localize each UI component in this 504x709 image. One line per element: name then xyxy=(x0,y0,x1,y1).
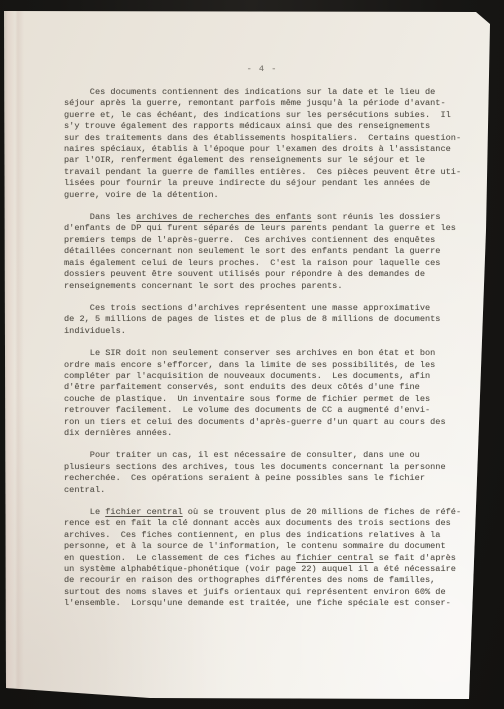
text-line: recherchée. Ces opérations seraient à pe… xyxy=(64,473,464,484)
underlined-phrase: fichier central xyxy=(105,507,182,517)
scanned-page: - 4 - Ces documents contiennent des indi… xyxy=(0,0,504,709)
text-line: naires spéciaux, établis à l'époque pour… xyxy=(64,144,464,155)
text-line: Le fichier central où se trouvent plus d… xyxy=(64,507,464,518)
scanned-book-photo: - 4 - Ces documents contiennent des indi… xyxy=(0,0,504,709)
text-line: premiers temps de l'après-guerre. Ces ar… xyxy=(64,235,464,246)
text-line: couche de plastique. Un inventaire sous … xyxy=(64,394,464,405)
text-line: travail pendant la guerre de familles en… xyxy=(64,167,464,178)
paragraph: Pour traiter un cas, il est nécessaire d… xyxy=(64,450,464,496)
text-line: surtout des noms slaves et juifs orienta… xyxy=(64,587,464,598)
document-text: Ces documents contiennent des indication… xyxy=(64,87,464,621)
text-line: en question. Le classement de ces fiches… xyxy=(64,553,464,564)
text-line: d'enfants de DP qui furent séparés de le… xyxy=(64,223,464,234)
text-line: rence est en fait la clé donnant accès a… xyxy=(64,518,464,529)
text-line: individuels. xyxy=(64,326,464,337)
text-line: de 2, 5 millions de pages de listes et d… xyxy=(64,314,464,325)
paragraph: Dans les archives de recherches des enfa… xyxy=(64,212,464,292)
text-line: un système alphabétique-phonétique (voir… xyxy=(64,564,464,575)
text-line: dossiers peuvent être souvent utilisés p… xyxy=(64,269,464,280)
text-line: dix dernières années. xyxy=(64,428,464,439)
text-line: lisées pour fournir la preuve indirecte … xyxy=(64,178,464,189)
text-line: central. xyxy=(64,485,464,496)
text-line: mais également celui de leurs proches. C… xyxy=(64,258,464,269)
text-line: détaillées concernant non seulement le s… xyxy=(64,246,464,257)
text-line: Ces documents contiennent des indication… xyxy=(64,87,464,98)
underlined-phrase: archives de recherches des enfants xyxy=(136,212,311,222)
text-line: renseignements concernant le sort des pr… xyxy=(64,281,464,292)
paragraph: Ces documents contiennent des indication… xyxy=(64,87,464,201)
paragraph: Le fichier central où se trouvent plus d… xyxy=(64,507,464,610)
text-line: d'être parfaitement conservés, sont endu… xyxy=(64,382,464,393)
paragraph: Ces trois sections d'archives représente… xyxy=(64,303,464,337)
text-line: plusieurs sections des archives, tous le… xyxy=(64,462,464,473)
text-line: compléter par l'acquisition de nouveaux … xyxy=(64,371,464,382)
text-line: de recourir en raison des orthographes d… xyxy=(64,575,464,586)
text-line: guerre, voire de la détention. xyxy=(64,190,464,201)
text-line: l'ensemble. Lorsqu'une demande est trait… xyxy=(64,598,464,609)
text-line: séjour après la guerre, remontant parfoi… xyxy=(64,98,464,109)
page-gutter-crease xyxy=(4,11,34,695)
text-line: s'y trouve également des rapports médica… xyxy=(64,121,464,132)
text-line: ordre mais encore s'efforcer, dans la li… xyxy=(64,360,464,371)
text-line: Ces trois sections d'archives représente… xyxy=(64,303,464,314)
text-line: guerre et, le cas échéant, des indicatio… xyxy=(64,110,464,121)
text-line: retrouver facilement. Le volume des docu… xyxy=(64,405,464,416)
text-line: sur des traitements dans des établisseme… xyxy=(64,133,464,144)
text-line: Dans les archives de recherches des enfa… xyxy=(64,212,464,223)
text-line: ron un tiers et celui des documents d'ap… xyxy=(64,417,464,428)
text-line: archives. Ces fiches contiennent, en plu… xyxy=(64,530,464,541)
text-line: Pour traiter un cas, il est nécessaire d… xyxy=(64,450,464,461)
text-line: Le SIR doit non seulement conserver ses … xyxy=(64,348,464,359)
page-number: - 4 - xyxy=(64,64,460,74)
underlined-phrase: fichier central xyxy=(296,553,373,563)
paragraph: Le SIR doit non seulement conserver ses … xyxy=(64,348,464,439)
text-line: personne, et à la source de l'informatio… xyxy=(64,541,464,552)
text-line: par l'OIR, renferment également des rens… xyxy=(64,155,464,166)
